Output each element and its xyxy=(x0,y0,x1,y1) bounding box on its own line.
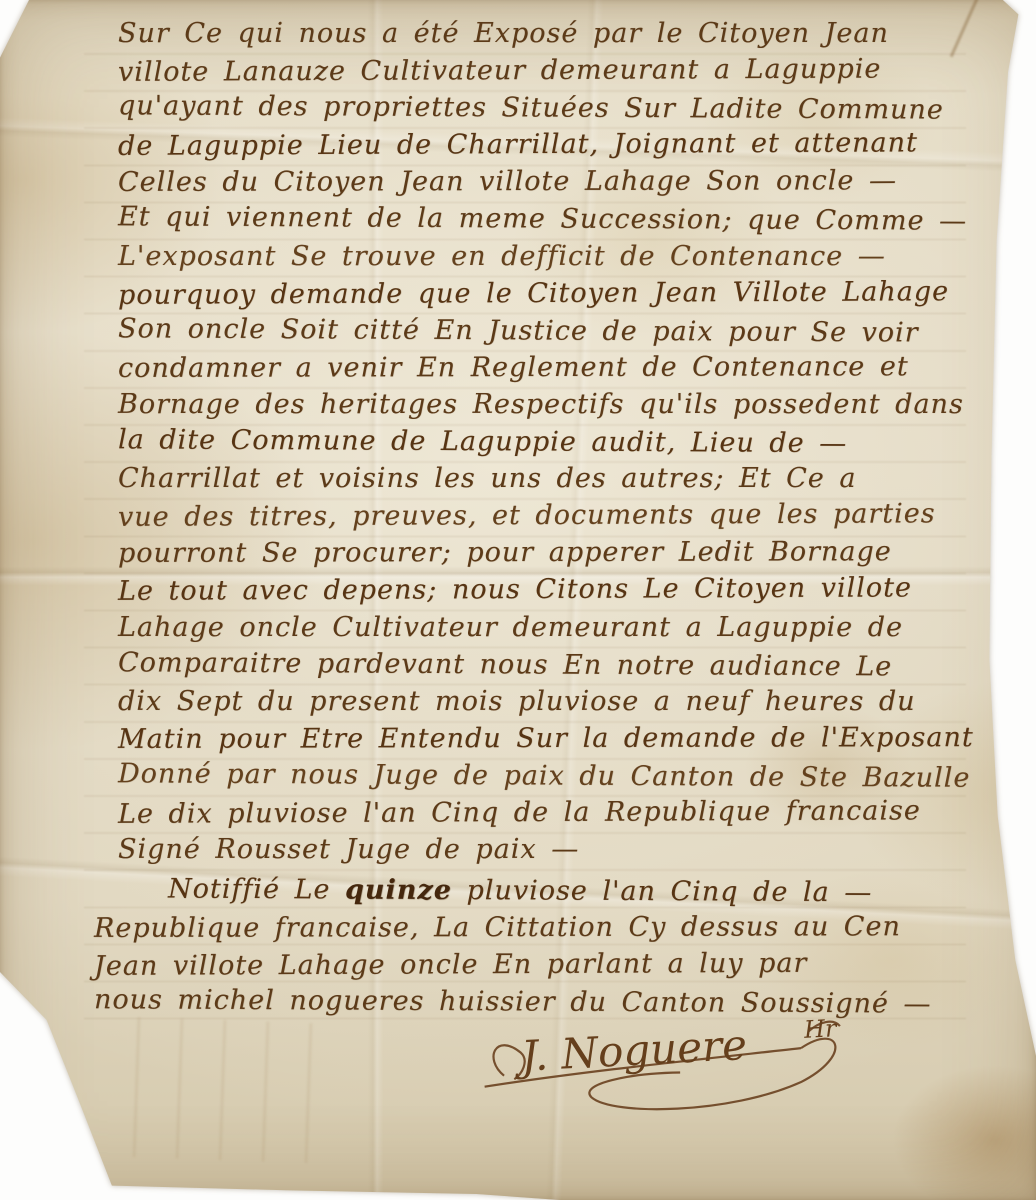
manuscript-line: L'exposant Se trouve en defficit de Cont… xyxy=(118,238,966,275)
manuscript-line: Jean villote Lahage oncle En parlant a l… xyxy=(94,944,966,985)
manuscript-paper: Sur Ce qui nous a été Exposé par le Cito… xyxy=(0,0,1036,1200)
manuscript-line: Lahage oncle Cultivateur demeurant a Lag… xyxy=(118,609,966,646)
paper-shadow: Sur Ce qui nous a été Exposé par le Cito… xyxy=(0,0,1036,1200)
manuscript-line: vue des titres, preuves, et documents qu… xyxy=(118,495,966,536)
manuscript-line: de Laguppie Lieu de Charrillat, Joignant… xyxy=(118,124,966,165)
manuscript-line: Et qui viennent de la meme Succession; q… xyxy=(118,199,966,241)
signature-name: J. Noguere xyxy=(512,1020,748,1081)
manuscript-line: pourront Se procurer; pour apperer Ledit… xyxy=(118,533,966,572)
manuscript-line: Son oncle Soit citté En Justice de paix … xyxy=(118,310,966,352)
manuscript-line: Matin pour Etre Entendu Sur la demande d… xyxy=(118,719,966,758)
manuscript-line: Le tout avec depens; nous Citons Le Cito… xyxy=(118,570,966,611)
manuscript-line: qu'ayant des propriettes Situées Sur Lad… xyxy=(118,87,966,129)
manuscript-line: pourquoy demande que le Citoyen Jean Vil… xyxy=(118,273,966,314)
ink-bleed-through xyxy=(93,1016,348,1165)
manuscript-line: villote Lanauze Cultivateur demeurant a … xyxy=(118,50,966,91)
manuscript-line: Sur Ce qui nous a été Exposé par le Cito… xyxy=(118,15,966,52)
scanned-document: Sur Ce qui nous a été Exposé par le Cito… xyxy=(0,0,1036,1200)
manuscript-line: la dite Commune de Laguppie audit, Lieu … xyxy=(118,421,966,463)
manuscript-line: condamner a venir En Reglement de Conten… xyxy=(118,348,966,387)
manuscript-line: Signé Rousset Juge de paix — xyxy=(118,831,966,868)
manuscript-line-notification: Notiffié Le quinze pluviose l'an Cinq de… xyxy=(118,870,966,912)
signature-nogueres: J. Noguere Hr xyxy=(467,995,873,1146)
manuscript-line: Celles du Citoyen Jean villote Lahage So… xyxy=(118,162,966,201)
manuscript-text: Sur Ce qui nous a été Exposé par le Cito… xyxy=(118,15,966,1021)
emphasized-word: quinze xyxy=(345,875,452,907)
manuscript-line: Le dix pluviose l'an Cinq de la Republiq… xyxy=(118,792,966,833)
manuscript-line: Charrillat et voisins les uns des autres… xyxy=(118,460,966,497)
signature-paraph-initials: Hr xyxy=(802,1014,838,1044)
manuscript-line: Bornage des heritages Respectifs qu'ils … xyxy=(118,386,966,423)
manuscript-line: Comparaitre pardevant nous En notre audi… xyxy=(118,644,966,686)
manuscript-line: Republique francaise, La Cittation Cy de… xyxy=(94,908,966,947)
signature-flourish: J. Noguere Hr xyxy=(467,995,873,1146)
manuscript-line: dix Sept du present mois pluviose a neuf… xyxy=(118,683,966,720)
manuscript-line: Donné par nous Juge de paix du Canton de… xyxy=(118,755,966,797)
